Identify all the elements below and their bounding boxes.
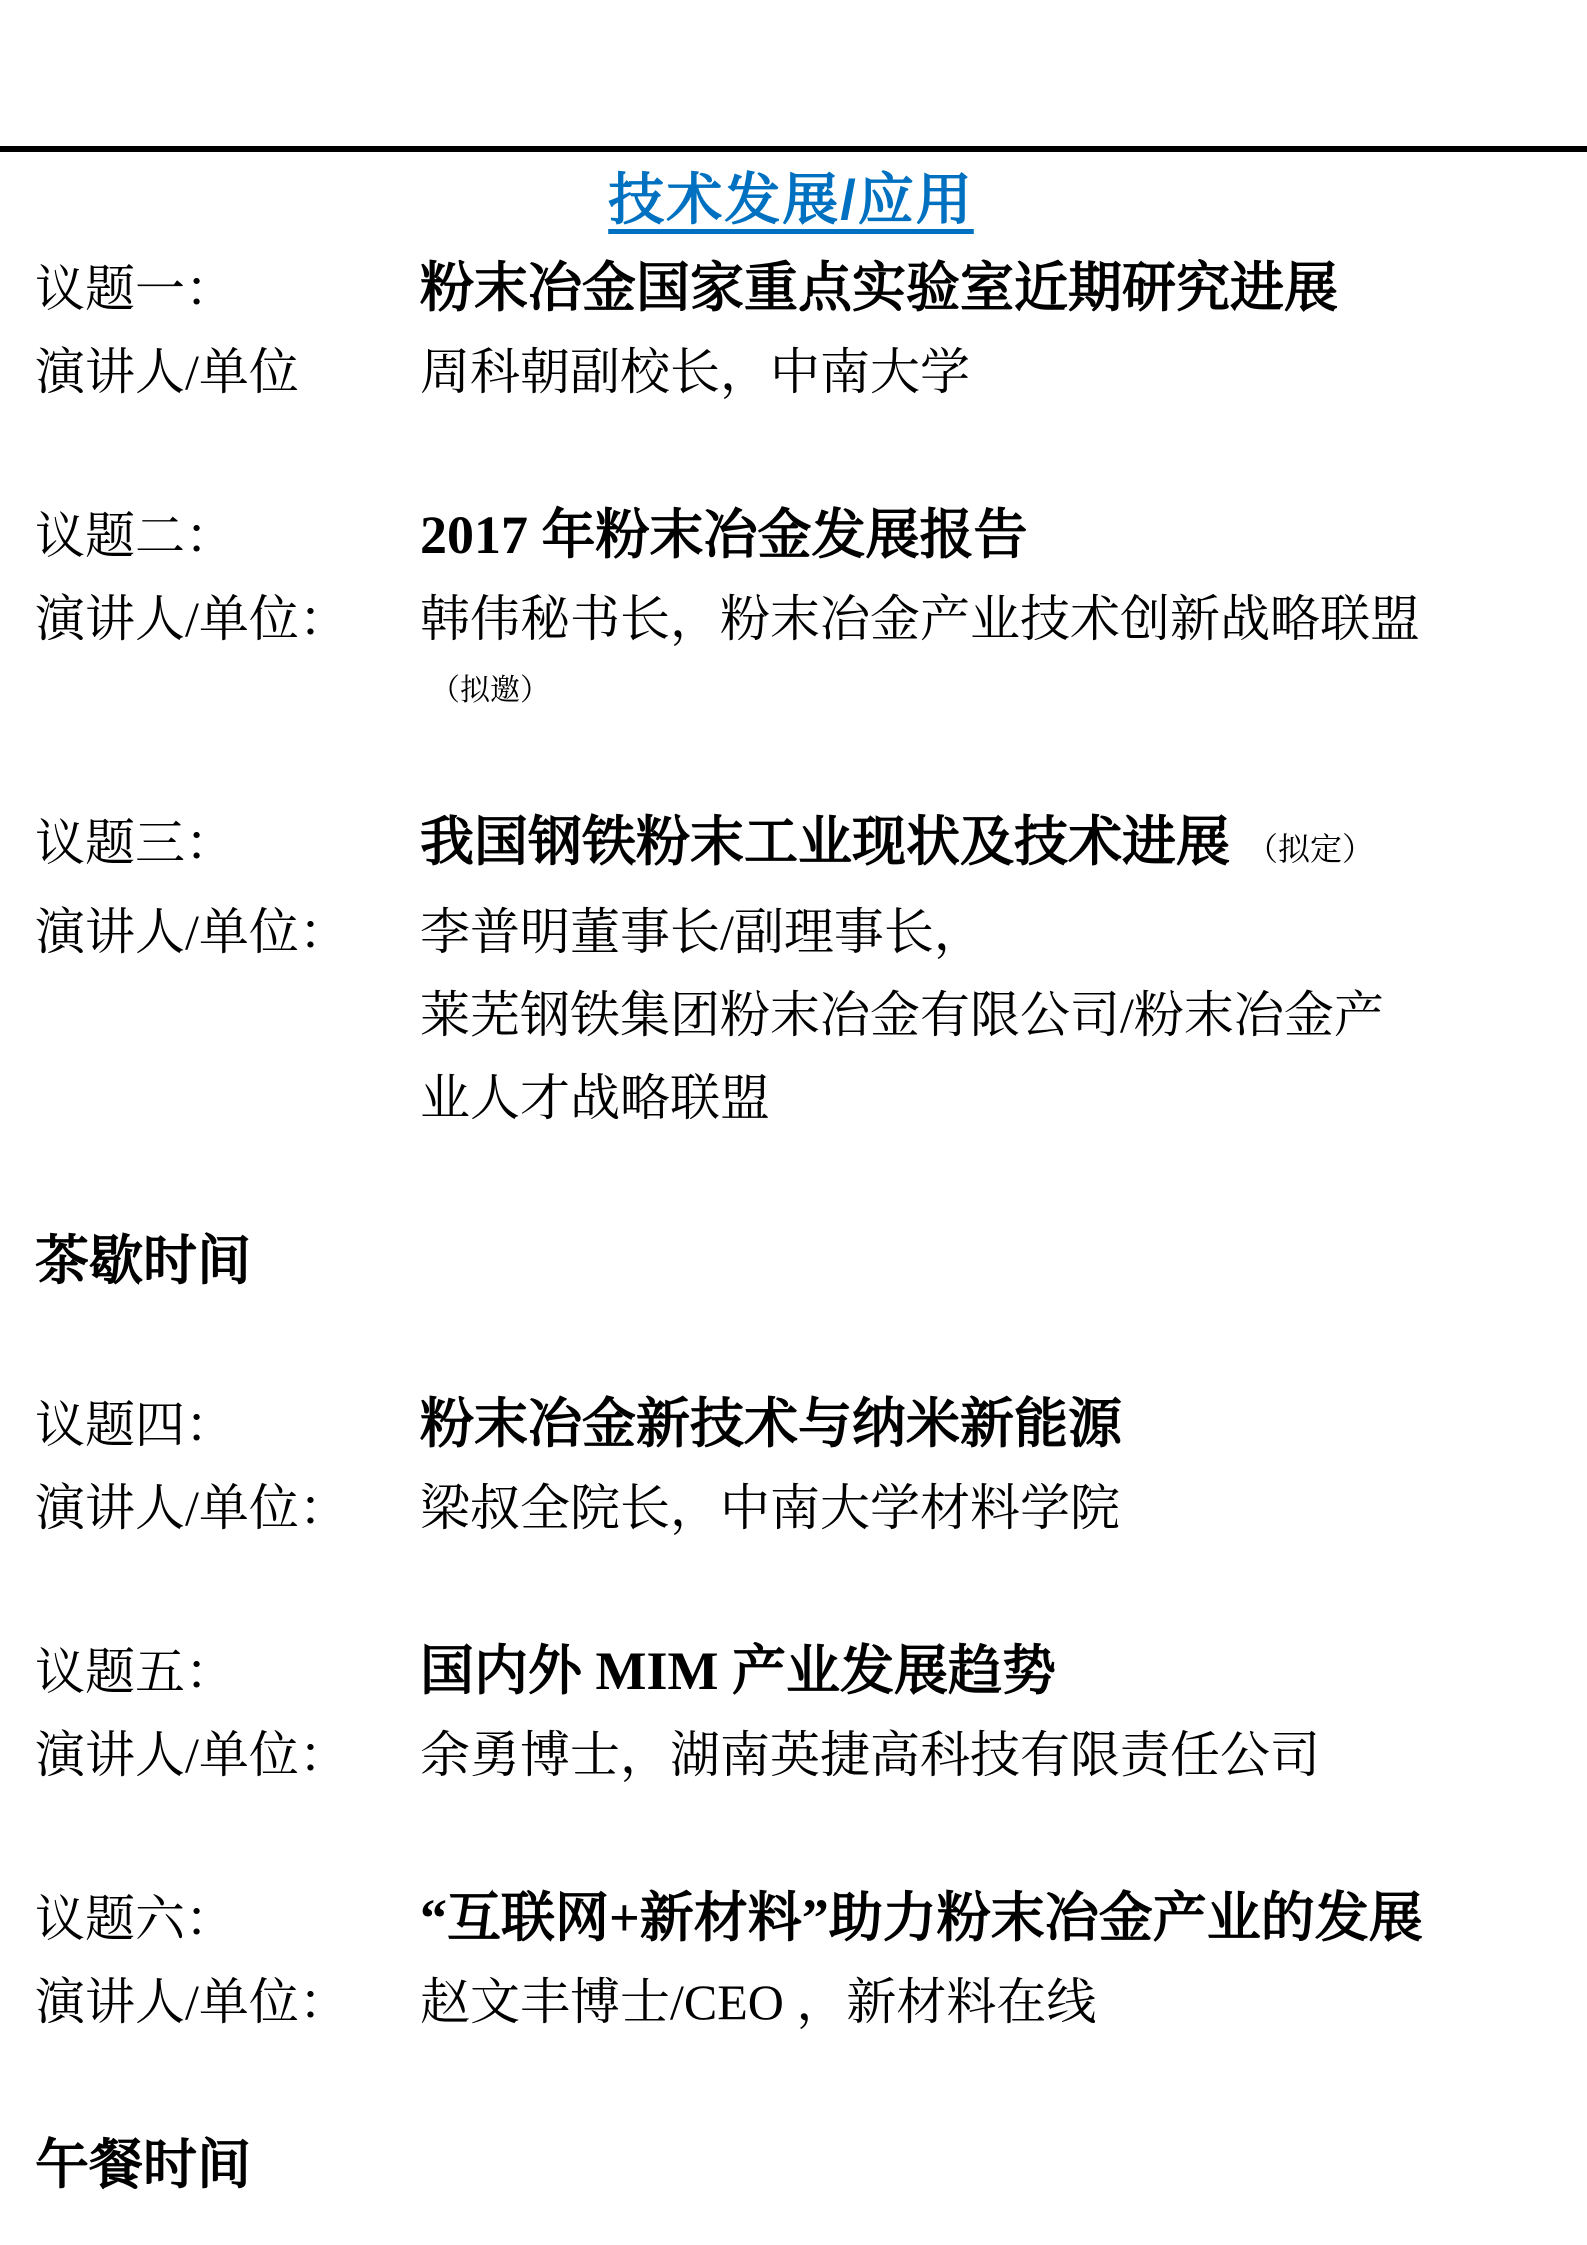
topic-title-row: 议题六： “互联网+新材料”助力粉末冶金产业的发展	[35, 1877, 1547, 1961]
topic-title-text: 我国钢铁粉末工业现状及技术进展	[420, 812, 1230, 872]
break-section-tea: 茶歇时间	[35, 1220, 1547, 1303]
speaker-label: 演讲人/单位：	[35, 1467, 420, 1550]
speaker-continuation-row: 莱芜钢铁集团粉末冶金有限公司/粉末冶金产	[35, 974, 1547, 1057]
tentative-note: （拟邀）	[35, 661, 1547, 721]
topic-section-6: 议题六： “互联网+新材料”助力粉末冶金产业的发展 演讲人/单位： 赵文丰博士/…	[35, 1877, 1547, 2044]
topic-title-row: 议题三： 我国钢铁粉末工业现状及技术进展（拟定）	[35, 801, 1547, 891]
topic-title: 我国钢铁粉末工业现状及技术进展（拟定）	[420, 801, 1374, 891]
speaker-label: 演讲人/单位：	[35, 1714, 420, 1797]
agenda-page: 技术发展/应用 议题一： 粉末冶金国家重点实验室近期研究进展 演讲人/单位 周科…	[0, 152, 1587, 2207]
speaker-label: 演讲人/单位：	[35, 1961, 420, 2044]
speaker-label: 演讲人/单位：	[35, 891, 420, 974]
break-heading: 茶歇时间	[35, 1220, 1547, 1303]
topic-section-1: 议题一： 粉末冶金国家重点实验室近期研究进展 演讲人/单位 周科朝副校长，中南大…	[35, 247, 1547, 414]
speaker-value: 周科朝副校长，中南大学	[420, 331, 970, 414]
topic-label: 议题四：	[35, 1384, 420, 1467]
speaker-row: 演讲人/单位： 余勇博士，湖南英捷高科技有限责任公司	[35, 1714, 1547, 1797]
speaker-label: 演讲人/单位：	[35, 578, 420, 661]
speaker-value: 余勇博士，湖南英捷高科技有限责任公司	[420, 1714, 1320, 1797]
speaker-row: 演讲人/单位： 韩伟秘书长，粉末冶金产业技术创新战略联盟	[35, 578, 1547, 661]
speaker-continuation-row: 业人才战略联盟	[35, 1057, 1547, 1140]
speaker-row: 演讲人/单位： 梁叔全院长，中南大学材料学院	[35, 1467, 1547, 1550]
topic-section-5: 议题五： 国内外 MIM 产业发展趋势 演讲人/单位： 余勇博士，湖南英捷高科技…	[35, 1630, 1547, 1797]
topic-title-row: 议题一： 粉末冶金国家重点实验室近期研究进展	[35, 247, 1547, 331]
speaker-value: 韩伟秘书长，粉末冶金产业技术创新战略联盟	[420, 578, 1420, 661]
speaker-row: 演讲人/单位 周科朝副校长，中南大学	[35, 331, 1547, 414]
break-heading: 午餐时间	[35, 2124, 1547, 2207]
speaker-value-continued: 业人才战略联盟	[420, 1057, 770, 1140]
tentative-note: （拟定）	[1246, 831, 1374, 867]
topic-title-row: 议题五： 国内外 MIM 产业发展趋势	[35, 1630, 1547, 1714]
topic-section-2: 议题二： 2017 年粉末冶金发展报告 演讲人/单位： 韩伟秘书长，粉末冶金产业…	[35, 494, 1547, 721]
topic-title: 2017 年粉末冶金发展报告	[420, 494, 1028, 577]
speaker-value: 李普明董事长/副理事长，	[420, 891, 984, 974]
topic-title: “互联网+新材料”助力粉末冶金产业的发展	[420, 1877, 1423, 1960]
topic-label: 议题六：	[35, 1878, 420, 1961]
page-title: 技术发展/应用	[35, 152, 1547, 247]
speaker-value-continued: 莱芜钢铁集团粉末冶金有限公司/粉末冶金产	[420, 974, 1384, 1057]
topic-title-row: 议题四： 粉末冶金新技术与纳米新能源	[35, 1383, 1547, 1467]
topic-label: 议题三：	[35, 802, 420, 885]
break-section-lunch: 午餐时间	[35, 2124, 1547, 2207]
topic-label: 议题二：	[35, 495, 420, 578]
topic-title: 国内外 MIM 产业发展趋势	[420, 1630, 1056, 1713]
topic-title: 粉末冶金国家重点实验室近期研究进展	[420, 247, 1338, 330]
speaker-label: 演讲人/单位	[35, 331, 420, 414]
speaker-value: 赵文丰博士/CEO ，新材料在线	[420, 1961, 1096, 2044]
speaker-row: 演讲人/单位： 赵文丰博士/CEO ，新材料在线	[35, 1961, 1547, 2044]
speaker-value: 梁叔全院长，中南大学材料学院	[420, 1467, 1120, 1550]
topic-label: 议题五：	[35, 1631, 420, 1714]
topic-title-row: 议题二： 2017 年粉末冶金发展报告	[35, 494, 1547, 578]
topic-section-4: 议题四： 粉末冶金新技术与纳米新能源 演讲人/单位： 梁叔全院长，中南大学材料学…	[35, 1383, 1547, 1550]
topic-label: 议题一：	[35, 248, 420, 331]
topic-section-3: 议题三： 我国钢铁粉末工业现状及技术进展（拟定） 演讲人/单位： 李普明董事长/…	[35, 801, 1547, 1140]
speaker-row: 演讲人/单位： 李普明董事长/副理事长，	[35, 891, 1547, 974]
topic-title: 粉末冶金新技术与纳米新能源	[420, 1383, 1122, 1466]
